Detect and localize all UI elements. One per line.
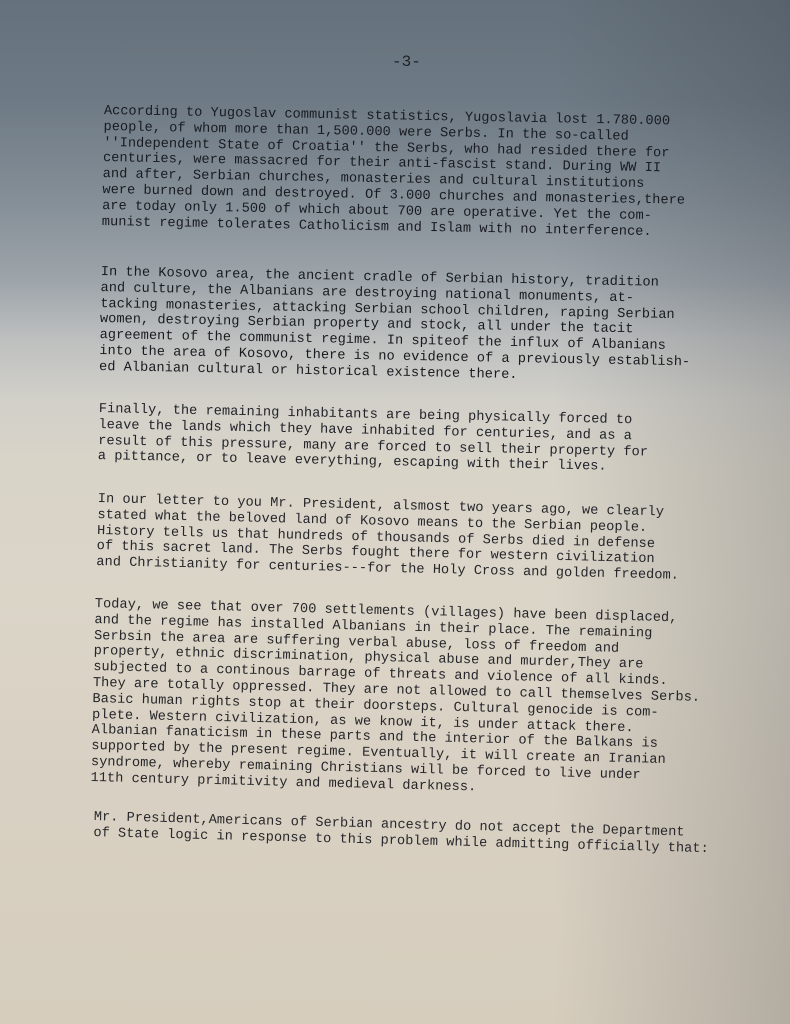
paragraph-state-department: Mr. President,Americans of Serbian ances…: [93, 810, 709, 858]
paragraph-current-situation: Today, we see that over 700 settlements …: [90, 597, 702, 801]
document-page: -3- According to Yugoslav communist stat…: [0, 0, 790, 1024]
paragraph-statistics: According to Yugoslav communist statisti…: [102, 104, 687, 241]
page-number: -3-: [392, 53, 421, 71]
paragraph-previous-letter: In our letter to you Mr. President, alsm…: [96, 492, 680, 585]
paragraph-forced-departure: Finally, the remaining inhabitants are b…: [98, 402, 649, 477]
paragraph-kosovo-area: In the Kosovo area, the ancient cradle o…: [99, 265, 692, 387]
